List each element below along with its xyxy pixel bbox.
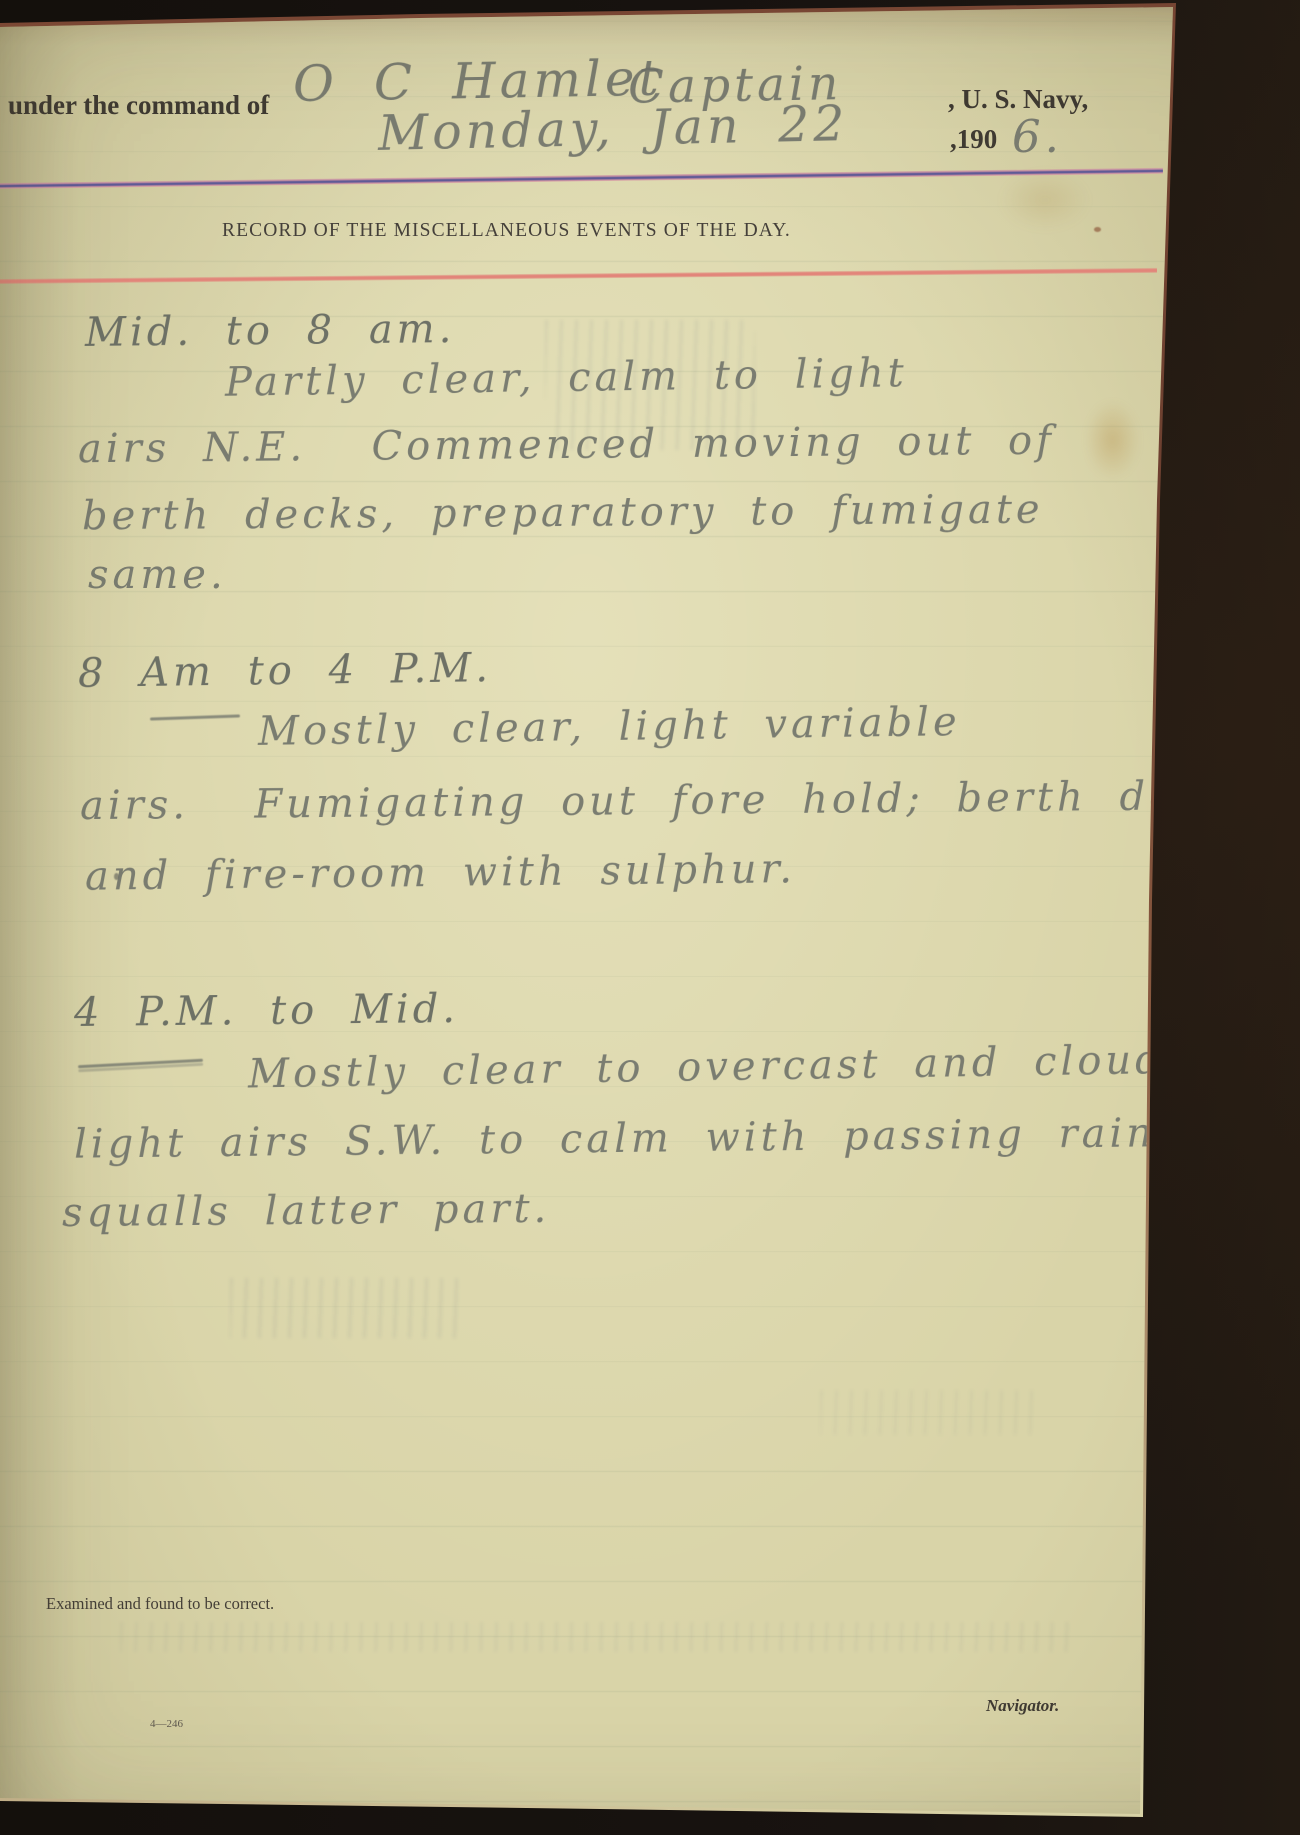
- log-entry-line: Partly clear, calm to light: [225, 350, 908, 406]
- photo-background: under the command of O C Hamlet Captain …: [0, 0, 1300, 1835]
- printed-command-prefix: under the command of: [8, 90, 269, 121]
- entry-heading: 8 Am to 4 P.M.: [78, 645, 493, 697]
- paper-stain: [1000, 170, 1090, 230]
- paper-stain: [1085, 400, 1140, 480]
- bleed-through-mark: [120, 1622, 1070, 1652]
- header-rule-red: [0, 268, 1157, 284]
- bleed-through-mark: [230, 1278, 460, 1338]
- log-entry-line: airs. Fumigating out fore hold; berth de…: [80, 773, 1256, 829]
- header-rule-purple: [0, 168, 1163, 189]
- printed-year-prefix: ,190: [950, 124, 997, 155]
- navigator-label: Navigator.: [986, 1696, 1059, 1716]
- log-entry-line: airs N.E. Commenced moving out of: [78, 418, 1055, 473]
- entry-heading: Mid. to 8 am.: [85, 306, 456, 356]
- log-entry-line: Mostly clear to overcast and cloudy,: [248, 1037, 1203, 1098]
- examined-note: Examined and found to be correct.: [46, 1594, 274, 1614]
- paper-speck: [1094, 227, 1101, 232]
- log-entry-line: light airs S.W. to calm with passing rai…: [74, 1110, 1156, 1167]
- log-page: under the command of O C Hamlet Captain …: [0, 0, 1300, 1835]
- log-entry-line: Mostly clear, light variable: [258, 699, 961, 755]
- log-entry-line: squalls latter part.: [62, 1186, 551, 1236]
- log-entry-line: berth decks, preparatory to fumigate: [82, 487, 1044, 540]
- section-title: RECORD OF THE MISCELLANEOUS EVENTS OF TH…: [222, 220, 791, 242]
- log-entry-line: and fire-room with sulphur.: [85, 846, 796, 899]
- heading-underline: [78, 1059, 203, 1069]
- year-signature: 6.: [1012, 110, 1063, 163]
- log-entry-line: same.: [88, 552, 227, 598]
- form-number: 4—246: [150, 1718, 183, 1730]
- date-signature: Monday, Jan 22: [377, 95, 849, 162]
- heading-underline: [150, 714, 240, 720]
- entry-heading: 4 P.M. to Mid.: [74, 986, 459, 1036]
- bleed-through-mark: [820, 1390, 1040, 1435]
